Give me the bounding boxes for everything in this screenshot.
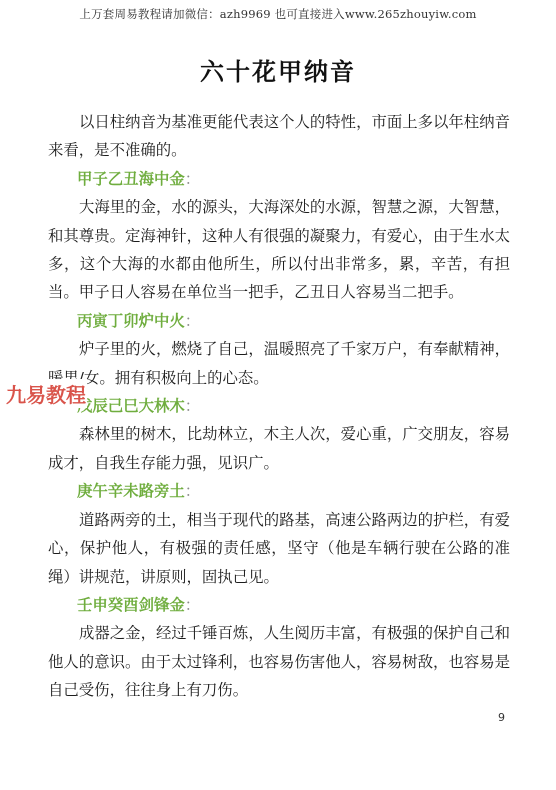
section-heading-renshen-guiyou: 壬申癸酉剑锋金： bbox=[48, 591, 510, 619]
header-promo-text: 上万套周易教程请加微信：azh9969 也可直接进入www.265zhouyiw… bbox=[0, 6, 556, 22]
section-heading-text: 甲子乙丑海中金 bbox=[77, 170, 185, 188]
watermark-logo: 九易教程 bbox=[6, 379, 87, 408]
section-body-wuchen-jisi: 森林里的树木，比劫林立，木主人次，爱心重，广交朋友，容易成才，自我生存能力强，见… bbox=[48, 420, 510, 477]
heading-colon: ： bbox=[185, 596, 200, 614]
page-number: 9 bbox=[498, 711, 505, 724]
section-heading-bingyin-dingmao: 丙寅丁卯炉中火： bbox=[48, 307, 510, 335]
heading-colon: ： bbox=[185, 397, 200, 415]
section-heading-text: 庚午辛未路旁土 bbox=[77, 482, 185, 500]
section-heading-text: 壬申癸酉剑锋金 bbox=[77, 596, 185, 614]
heading-colon: ： bbox=[185, 312, 200, 330]
section-heading-gengwu-xinwei: 庚午辛未路旁土： bbox=[48, 477, 510, 505]
section-heading-text: 丙寅丁卯炉中火 bbox=[77, 312, 185, 330]
document-body: 以日柱纳音为基准更能代表这个人的特性，市面上多以年柱纳音来看，是不准确的。 甲子… bbox=[48, 108, 510, 705]
intro-paragraph: 以日柱纳音为基准更能代表这个人的特性，市面上多以年柱纳音来看，是不准确的。 bbox=[48, 108, 510, 165]
section-body-bingyin-dingmao: 炉子里的火，燃烧了自己，温暖照亮了千家万户，有奉献精神，暖男/女。拥有积极向上的… bbox=[48, 335, 510, 392]
heading-colon: ： bbox=[185, 482, 200, 500]
section-heading-jiazi-yichou: 甲子乙丑海中金： bbox=[48, 165, 510, 193]
section-body-renshen-guiyou: 成器之金，经过千锤百炼，人生阅历丰富，有极强的保护自己和他人的意识。由于太过锋利… bbox=[48, 619, 510, 704]
section-body-jiazi-yichou: 大海里的金，水的源头，大海深处的水源，智慧之源，大智慧，和其尊贵。定海神针，这种… bbox=[48, 193, 510, 307]
page-title: 六十花甲纳音 bbox=[0, 52, 556, 87]
section-heading-wuchen-jisi: 戊辰己巳大林木： bbox=[48, 392, 510, 420]
heading-colon: ： bbox=[185, 170, 200, 188]
section-heading-text: 戊辰己巳大林木 bbox=[77, 397, 185, 415]
section-body-gengwu-xinwei: 道路两旁的土，相当于现代的路基，高速公路两边的护栏，有爱心，保护他人，有极强的责… bbox=[48, 506, 510, 591]
